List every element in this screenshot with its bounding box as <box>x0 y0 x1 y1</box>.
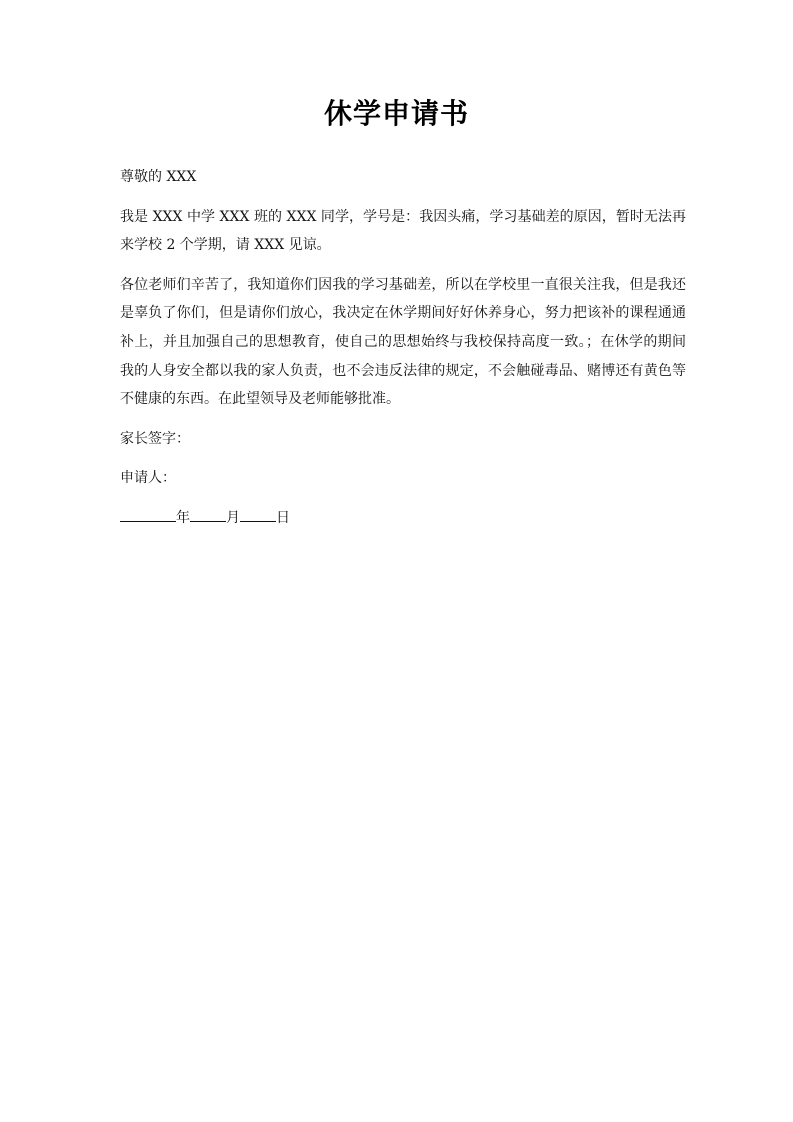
year-blank <box>120 505 176 522</box>
document-body: 尊敬的 XXX 我是 XXX 中学 XXX 班的 XXX 同学，学号是：我因头痛… <box>120 163 686 532</box>
applicant-label: 申请人： <box>120 464 686 493</box>
paragraph-commitment: 各位老师们辛苦了，我知道你们因我的学习基础差，所以在学校里一直很关注我，但是我还… <box>120 271 686 414</box>
document-page: 休学申请书 尊敬的 XXX 我是 XXX 中学 XXX 班的 XXX 同学，学号… <box>0 0 793 1122</box>
month-label: 月 <box>226 510 240 526</box>
month-blank <box>190 505 226 522</box>
year-label: 年 <box>176 510 190 526</box>
paragraph-reason: 我是 XXX 中学 XXX 班的 XXX 同学，学号是：我因头痛，学习基础差的原… <box>120 203 686 260</box>
document-title: 休学申请书 <box>0 94 793 134</box>
day-blank <box>240 505 276 522</box>
day-label: 日 <box>276 510 290 526</box>
parent-signature-label: 家长签字： <box>120 425 686 454</box>
date-line: 年月日 <box>120 504 686 532</box>
greeting: 尊敬的 XXX <box>120 163 686 192</box>
